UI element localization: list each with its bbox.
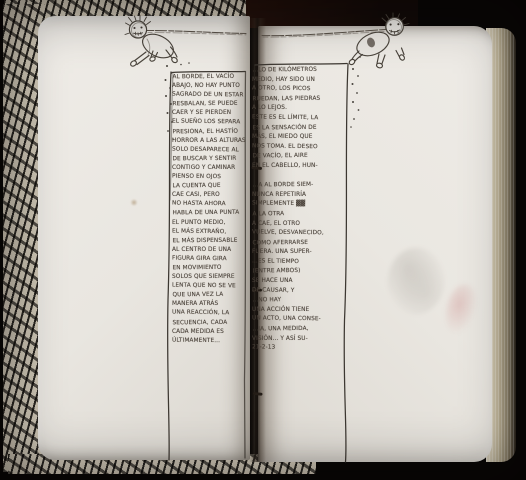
handwriting-line: EN MOVIMIENTO bbox=[172, 265, 244, 275]
handwriting-line: ÚLTIMAMENTE... bbox=[172, 337, 244, 347]
right-text-column: ...LO DE KILÓMETROSMEDIO, HAY SIDO UNA O… bbox=[252, 67, 345, 355]
cover-shadow-band bbox=[246, 0, 418, 28]
handwriting-line: 21-2-13 bbox=[252, 345, 345, 356]
handwriting-line: CONTIGO Y CAMINAR bbox=[172, 165, 244, 174]
handwriting-line: EL MÁS EXTRAÑO, bbox=[172, 228, 244, 238]
handwriting-line: QUE UNA VEZ LA bbox=[172, 292, 244, 302]
handwriting-line: ...LO DE KILÓMETROS bbox=[252, 67, 345, 77]
pink-smudge bbox=[441, 281, 481, 338]
handwriting-line: ESTE ES EL LÍMITE, LA bbox=[252, 114, 345, 125]
handwriting-line: ...IA, UNA MEDIDA, bbox=[252, 326, 345, 336]
handwriting-line: SE HACE UNA bbox=[252, 278, 345, 288]
handwriting-line: VUELVE, DESVANECIDO, bbox=[252, 230, 345, 241]
handwriting-line: AL CENTRO DE UNA bbox=[172, 247, 244, 256]
handwriting-line: AL BORDE, EL VACÍO bbox=[172, 74, 244, 84]
handwriting-line: FUERA. UNA SUPER- bbox=[252, 249, 345, 259]
handwriting-line: (ENTRE AMBOS) bbox=[252, 268, 345, 278]
notebook-photo: AL BORDE, EL VACÍOABAJO, NO HAY PUNTOSAG… bbox=[0, 0, 526, 480]
handwriting-line: A LO LEJOS. bbox=[252, 105, 345, 115]
handwriting-line: DE BUSCAR Y SENTIR bbox=[172, 156, 244, 166]
handwriting-line: HORROR A LAS ALTURAS bbox=[172, 138, 244, 147]
paper-stain bbox=[130, 199, 138, 206]
handwriting-line: COMO AFERRARSE bbox=[252, 239, 345, 249]
handwriting-line: ...A AL BORDE SIEM- bbox=[252, 182, 345, 192]
handwriting-line: A LA OTRA bbox=[252, 210, 345, 220]
handwriting-line: DE VACÍO, EL AIRE bbox=[252, 153, 345, 163]
handwriting-line: CADA MEDIDA ES bbox=[172, 329, 244, 338]
handwriting-line: EL MÁS DISPENSABLE bbox=[172, 237, 244, 247]
left-text-column: AL BORDE, EL VACÍOABAJO, NO HAY PUNTOSAG… bbox=[172, 74, 244, 347]
handwriting-line: RUEDAN, LAS PIEDRAS bbox=[252, 95, 345, 105]
handwriting-line: HABLA DE UNA PUNTA bbox=[172, 210, 244, 220]
handwriting-line: LA CUENTA QUE bbox=[172, 183, 244, 193]
handwriting-line: UNA REACCIÓN, LA bbox=[172, 310, 244, 320]
ink-ghost-marks bbox=[388, 248, 444, 314]
handwriting-line: EN EL CABELLO, HUN- bbox=[252, 163, 345, 173]
handwriting-line: PRESIONA, EL HASTÍO bbox=[172, 128, 244, 138]
handwriting-line: EL SUEÑO LOS SEPARA bbox=[172, 119, 244, 129]
handwriting-line: EL PUNTO MEDIO, bbox=[172, 220, 244, 229]
handwriting-line: ES LA SENSACIÓN DE bbox=[252, 124, 345, 134]
handwriting-line: MÁS, EL MIEDO QUE bbox=[252, 134, 345, 144]
handwriting-line: SECUENCIA, CADA bbox=[172, 319, 244, 329]
handwriting-line: RESBALAN, SE PUEDE bbox=[172, 101, 244, 111]
handwriting-line: ...NO HAY bbox=[252, 297, 345, 307]
